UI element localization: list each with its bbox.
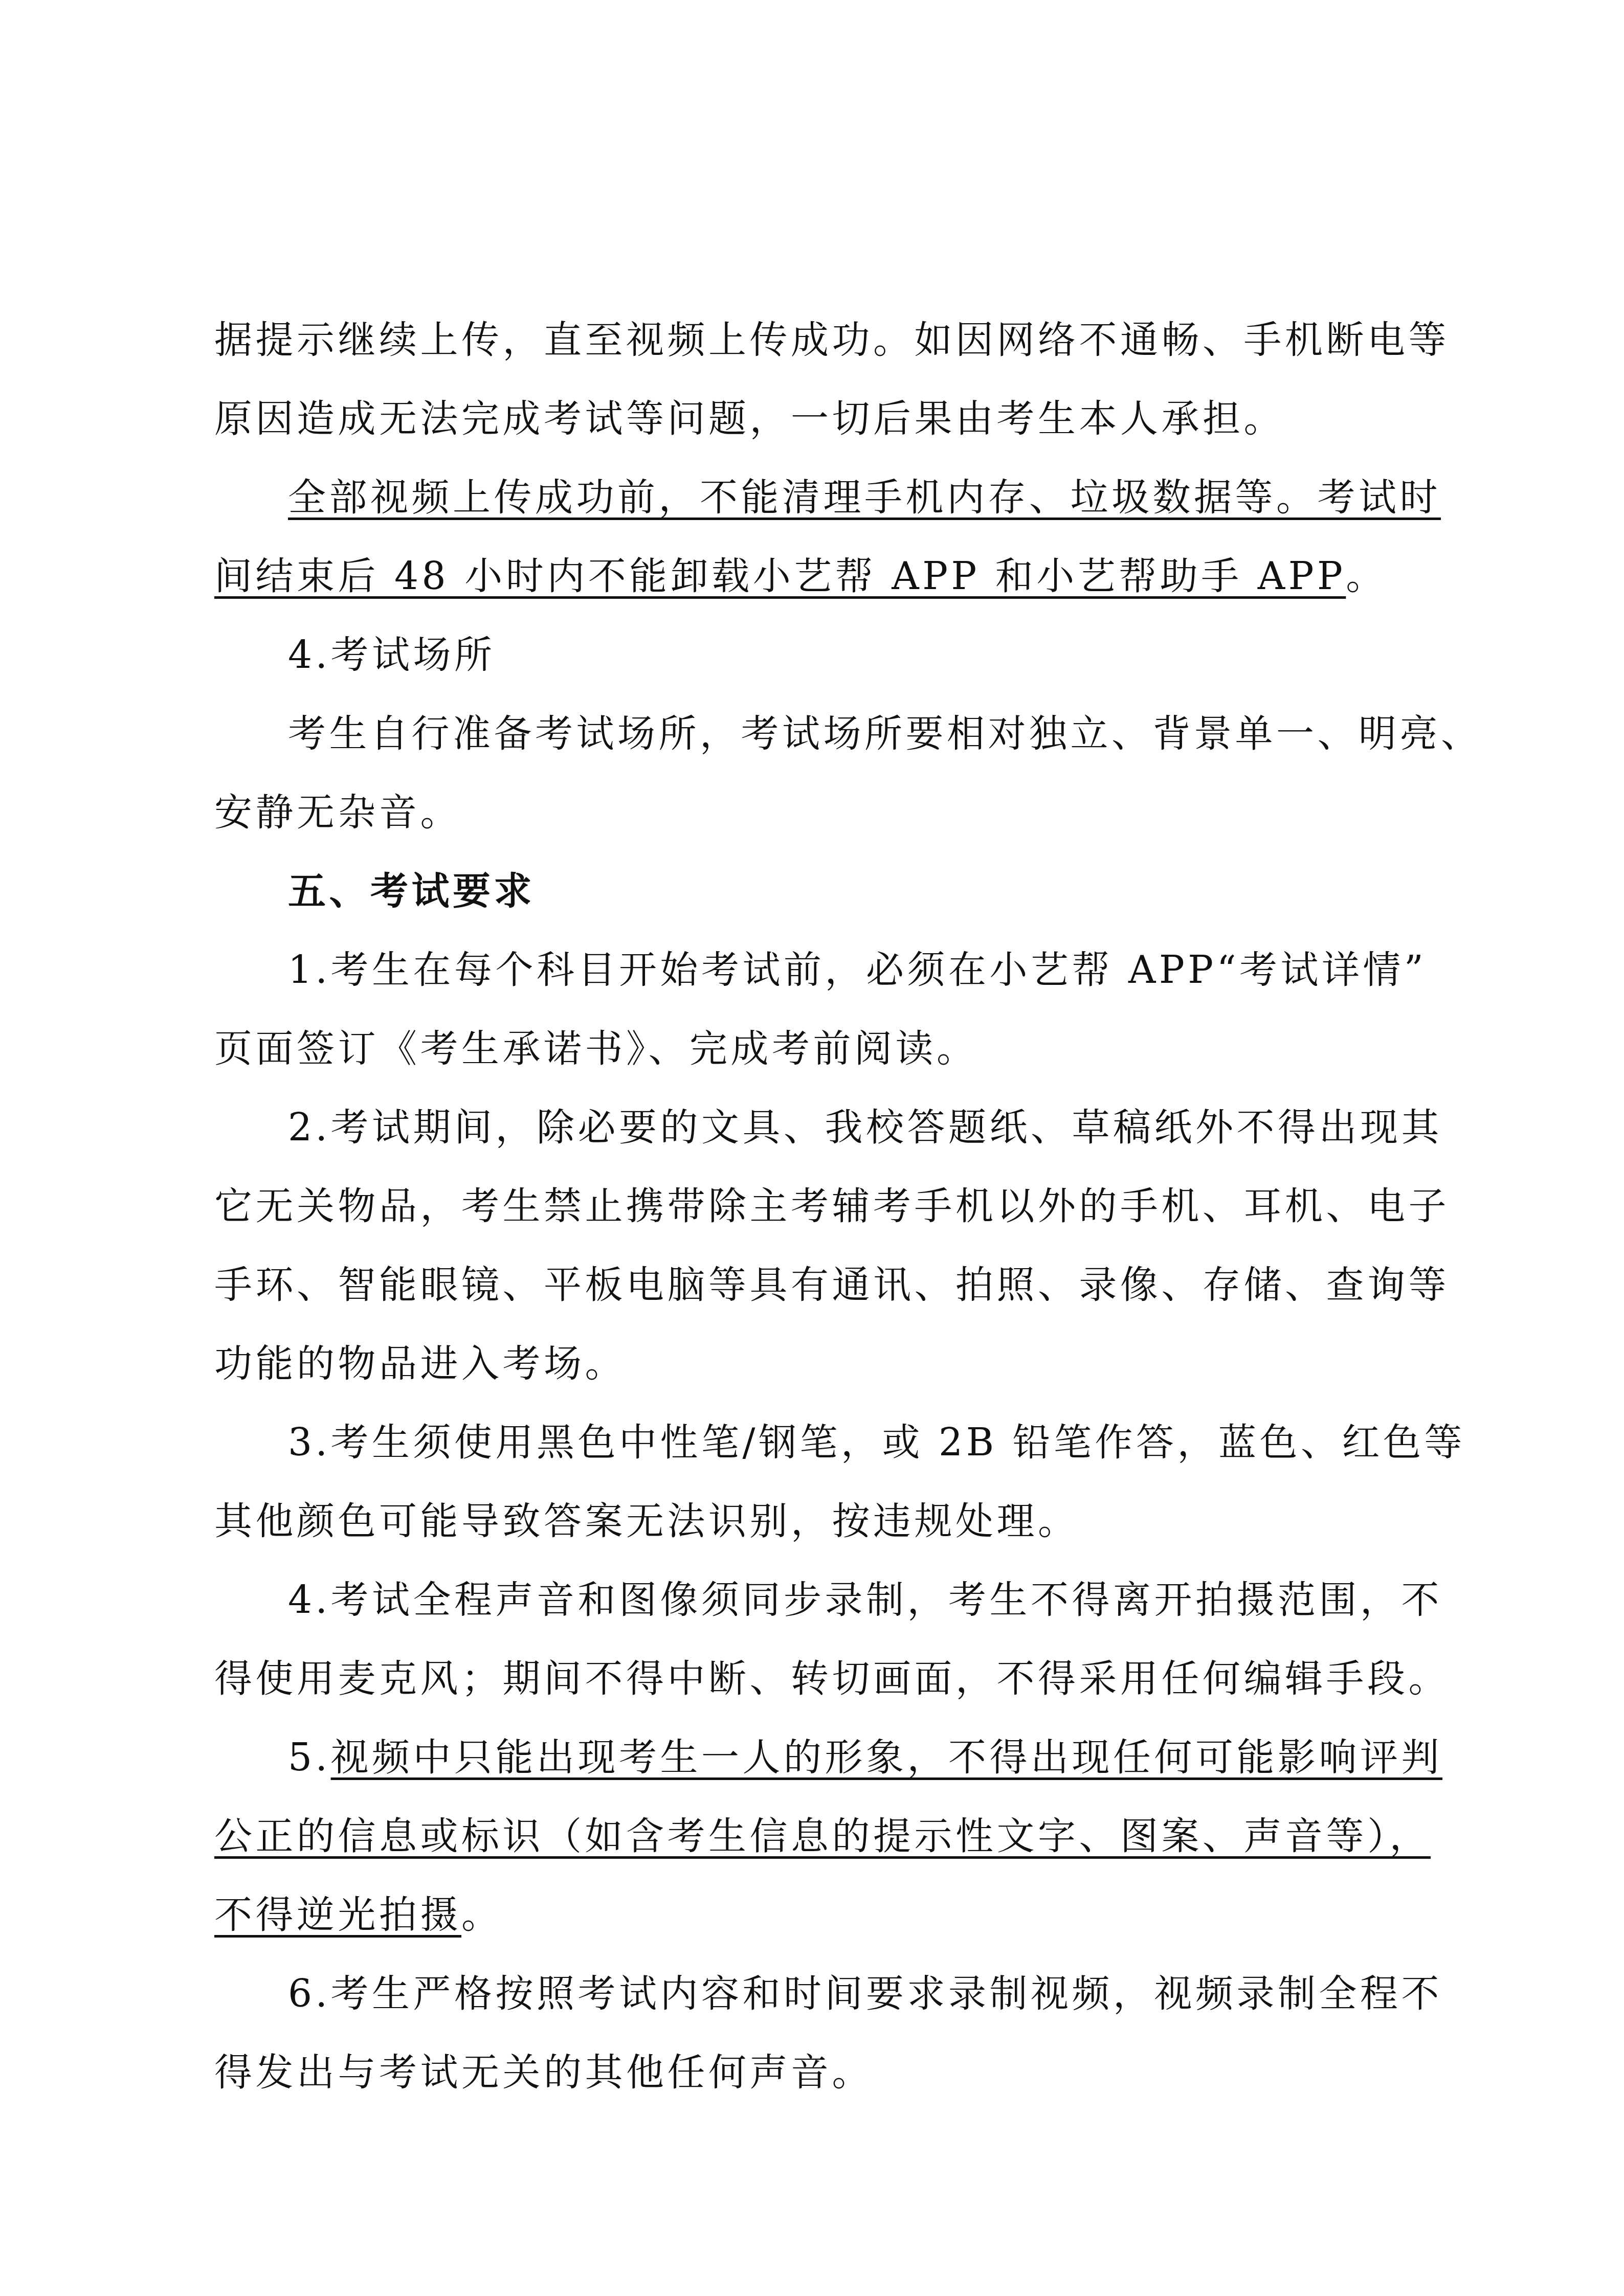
list-item-line: 页面签订《考生承诺书》、完成考前阅读。 <box>214 1009 1442 1088</box>
document-page: 据提示继续上传，直至视频上传成功。如因网络不通畅、手机断电等 原因造成无法完成考… <box>214 301 1442 2112</box>
line-tail: 。 <box>461 1893 503 1937</box>
list-item-line: 4.考试全程声音和图像须同步录制，考生不得离开拍摄范围，不 <box>214 1561 1442 1639</box>
underlined-text: 间结束后 48 小时内不能卸载小艺帮 APP 和小艺帮助手 APP <box>214 554 1346 598</box>
list-item-line: 3.考生须使用黑色中性笔/钢笔，或 2B 铅笔作答，蓝色、红色等 <box>214 1403 1442 1482</box>
section-heading: 五、考试要求 <box>214 852 1442 931</box>
list-item-line: 得使用麦克风；期间不得中断、转切画面，不得采用任何编辑手段。 <box>214 1639 1442 1718</box>
list-item-line: 5.视频中只能出现考生一人的形象，不得出现任何可能影响评判 <box>214 1718 1442 1797</box>
underlined-text: 公正的信息或标识（如含考生信息的提示性文字、图案、声音等）， <box>214 1814 1431 1858</box>
list-item-line: 2.考试期间，除必要的文具、我校答题纸、草稿纸外不得出现其 <box>214 1088 1442 1167</box>
underlined-text: 视频中只能出现考生一人的形象，不得出现任何可能影响评判 <box>331 1736 1443 1780</box>
paragraph-line: 原因造成无法完成考试等问题，一切后果由考生本人承担。 <box>214 379 1442 458</box>
paragraph-line: 安静无杂音。 <box>214 773 1442 852</box>
underlined-notice-line: 间结束后 48 小时内不能卸载小艺帮 APP 和小艺帮助手 APP。 <box>214 537 1442 616</box>
list-item-line: 其他颜色可能导致答案无法识别，按违规处理。 <box>214 1482 1442 1561</box>
subsection-title: 4.考试场所 <box>214 616 1442 694</box>
list-item-line: 1.考生在每个科目开始考试前，必须在小艺帮 APP“考试详情” <box>214 931 1442 1009</box>
list-item-line: 不得逆光拍摄。 <box>214 1876 1442 1954</box>
list-item-line: 手环、智能眼镜、平板电脑等具有通讯、拍照、录像、存储、查询等 <box>214 1246 1442 1324</box>
line-tail: 。 <box>1346 554 1387 598</box>
list-item-line: 6.考生严格按照考试内容和时间要求录制视频，视频录制全程不 <box>214 1954 1442 2033</box>
paragraph-line: 考生自行准备考试场所，考试场所要相对独立、背景单一、明亮、 <box>214 694 1442 773</box>
underlined-text: 全部视频上传成功前，不能清理手机内存、垃圾数据等。考试时 <box>288 476 1441 520</box>
list-item-line: 得发出与考试无关的其他任何声音。 <box>214 2033 1442 2112</box>
list-number: 5. <box>288 1736 331 1780</box>
paragraph-line: 据提示继续上传，直至视频上传成功。如因网络不通畅、手机断电等 <box>214 301 1442 379</box>
list-item-line: 它无关物品，考生禁止携带除主考辅考手机以外的手机、耳机、电子 <box>214 1167 1442 1246</box>
underlined-text: 不得逆光拍摄 <box>214 1893 461 1937</box>
list-item-line: 功能的物品进入考场。 <box>214 1324 1442 1403</box>
underlined-notice-line: 全部视频上传成功前，不能清理手机内存、垃圾数据等。考试时 <box>214 458 1442 537</box>
list-item-line: 公正的信息或标识（如含考生信息的提示性文字、图案、声音等）， <box>214 1797 1442 1876</box>
